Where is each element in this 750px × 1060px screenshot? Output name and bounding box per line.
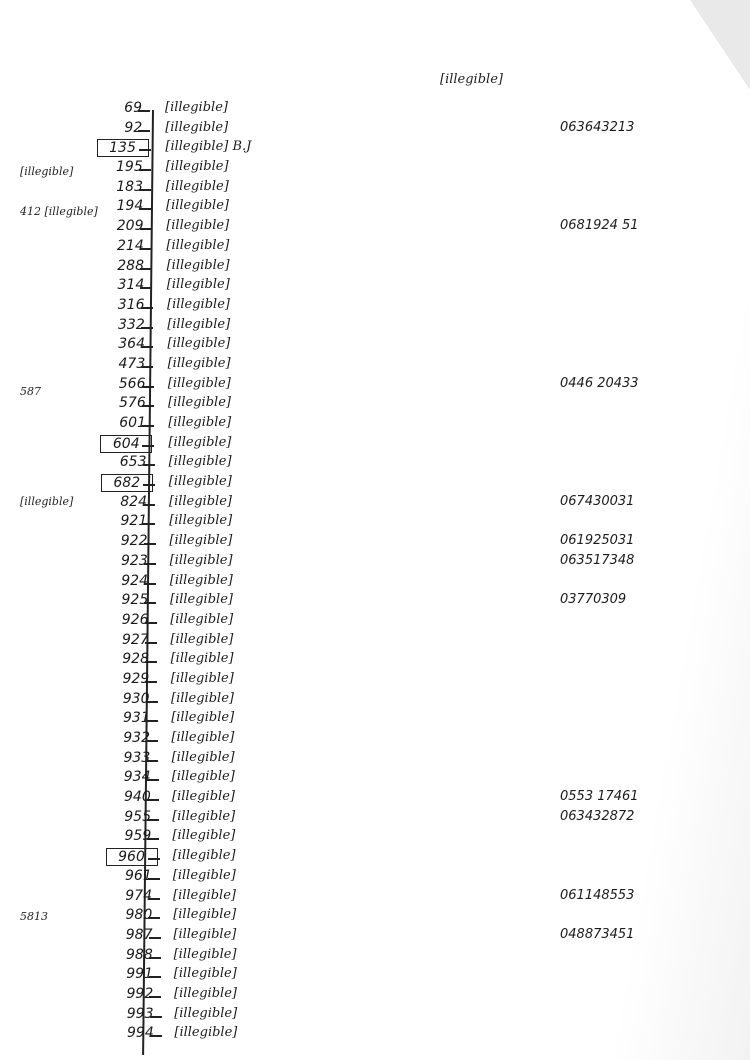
entry-dash bbox=[143, 464, 155, 466]
list-item: 314[illegible] bbox=[0, 277, 740, 297]
list-item: 288[illegible] bbox=[0, 258, 740, 278]
entry-dash bbox=[147, 819, 159, 821]
entry-text: [illegible] bbox=[166, 159, 229, 174]
entry-text: [illegible] bbox=[173, 907, 236, 922]
entry-text: [illegible] bbox=[172, 809, 235, 824]
entry-text: [illegible] bbox=[174, 947, 237, 962]
entry-text: [illegible] bbox=[166, 218, 229, 233]
entry-number: 959 bbox=[105, 828, 151, 844]
entry-dash bbox=[149, 937, 161, 939]
entry-number: 988 bbox=[107, 947, 153, 963]
entry-phone: 061148553 bbox=[560, 888, 634, 903]
entry-number: 940 bbox=[105, 789, 151, 805]
entry-dash bbox=[144, 602, 156, 604]
entry-dash bbox=[147, 799, 159, 801]
list-item: 566[illegible]0446 20433 bbox=[0, 376, 740, 396]
list-item: 994[illegible] bbox=[0, 1025, 740, 1045]
list-item: 69[illegible] bbox=[0, 100, 740, 120]
entry-number: 974 bbox=[106, 888, 152, 904]
entry-number: 135 bbox=[97, 139, 149, 157]
scanned-page: [illegible] 69[illegible]92[illegible]06… bbox=[0, 0, 750, 1060]
list-item: 135[illegible] B.J bbox=[0, 139, 740, 159]
entry-text: [illegible] bbox=[173, 888, 236, 903]
entry-text: [illegible] bbox=[169, 474, 232, 489]
list-item: 195[illegible] bbox=[0, 159, 740, 179]
entry-text: [illegible] bbox=[167, 297, 230, 312]
entry-text: [illegible] bbox=[171, 710, 234, 725]
entry-number: 566 bbox=[100, 376, 146, 392]
entry-text: [illegible] bbox=[173, 868, 236, 883]
entry-dash bbox=[141, 307, 153, 309]
list-item: 929[illegible] bbox=[0, 671, 740, 691]
entry-dash bbox=[144, 583, 156, 585]
entry-dash bbox=[147, 838, 159, 840]
entry-number: 992 bbox=[107, 986, 153, 1002]
entry-number: 933 bbox=[104, 750, 150, 766]
entry-text: [illegible] bbox=[173, 848, 236, 863]
entry-number: 604 bbox=[100, 435, 152, 453]
entry-number: 473 bbox=[99, 356, 145, 372]
entry-dash bbox=[149, 976, 161, 978]
entry-phone: 067430031 bbox=[560, 494, 634, 509]
entry-number: 924 bbox=[102, 573, 148, 589]
list-item: 987[illegible]048873451 bbox=[0, 927, 740, 947]
entry-number: 928 bbox=[103, 651, 149, 667]
entry-dash bbox=[150, 1035, 162, 1037]
list-item: 928[illegible] bbox=[0, 651, 740, 671]
entry-number: 932 bbox=[104, 730, 150, 746]
entry-number: 824 bbox=[101, 494, 147, 510]
list-item: 974[illegible]061148553 bbox=[0, 888, 740, 908]
entry-dash bbox=[140, 248, 152, 250]
entry-text: [illegible] bbox=[171, 691, 234, 706]
entry-dash bbox=[142, 386, 154, 388]
entry-text: [illegible] bbox=[165, 120, 228, 135]
entry-number: 987 bbox=[107, 927, 153, 943]
entry-phone: 0553 17461 bbox=[560, 789, 639, 804]
list-item: 922[illegible]061925031 bbox=[0, 533, 740, 553]
entry-text: [illegible] bbox=[170, 592, 233, 607]
entry-text: [illegible] bbox=[170, 573, 233, 588]
list-item: 992[illegible] bbox=[0, 986, 740, 1006]
entry-text: [illegible] bbox=[166, 198, 229, 213]
entry-text: [illegible] bbox=[174, 966, 237, 981]
entry-number: 653 bbox=[101, 454, 147, 470]
entry-number: 195 bbox=[97, 159, 143, 175]
entry-number: 364 bbox=[99, 336, 145, 352]
entry-phone: 048873451 bbox=[560, 927, 634, 942]
side-note: 587 bbox=[20, 385, 41, 398]
entry-text: [illegible] bbox=[172, 769, 235, 784]
entry-number: 209 bbox=[98, 218, 144, 234]
entry-text: [illegible] bbox=[167, 336, 230, 351]
entry-text: [illegible] bbox=[170, 553, 233, 568]
entry-dash bbox=[148, 858, 160, 860]
entry-dash bbox=[146, 760, 158, 762]
entry-number: 183 bbox=[97, 179, 143, 195]
entry-dash bbox=[145, 642, 157, 644]
list-item: 604[illegible] bbox=[0, 435, 740, 455]
list-item: 931[illegible] bbox=[0, 710, 740, 730]
list-item: 92[illegible]063643213 bbox=[0, 120, 740, 140]
entry-text: [illegible] bbox=[169, 494, 232, 509]
entry-number: 929 bbox=[103, 671, 149, 687]
entry-number: 925 bbox=[102, 592, 148, 608]
entry-number: 934 bbox=[105, 769, 151, 785]
entry-dash bbox=[140, 287, 152, 289]
list-item: 924[illegible] bbox=[0, 573, 740, 593]
entry-dash bbox=[142, 445, 154, 447]
list-item: 961[illegible] bbox=[0, 868, 740, 888]
entry-dash bbox=[139, 208, 151, 210]
entry-dash bbox=[145, 681, 157, 683]
entry-dash bbox=[140, 268, 152, 270]
entry-phone: 0446 20433 bbox=[560, 376, 639, 391]
entry-dash bbox=[149, 957, 161, 959]
entry-number: 991 bbox=[107, 966, 153, 982]
entry-dash bbox=[146, 701, 158, 703]
entry-text: [illegible] bbox=[168, 376, 231, 391]
entry-phone: 03770309 bbox=[560, 592, 626, 607]
entry-dash bbox=[149, 996, 161, 998]
entry-text: [illegible] bbox=[167, 277, 230, 292]
entry-text: [illegible] bbox=[172, 828, 235, 843]
list-item: 923[illegible]063517348 bbox=[0, 553, 740, 573]
entry-dash bbox=[145, 622, 157, 624]
entry-text: [illegible] bbox=[165, 100, 228, 115]
entry-number: 993 bbox=[108, 1006, 154, 1022]
entry-number: 314 bbox=[98, 277, 144, 293]
entry-dash bbox=[146, 720, 158, 722]
entry-number: 288 bbox=[98, 258, 144, 274]
entry-phone: 061925031 bbox=[560, 533, 634, 548]
list-item: 934[illegible] bbox=[0, 769, 740, 789]
entry-number: 931 bbox=[104, 710, 150, 726]
entry-text: [illegible] bbox=[167, 317, 230, 332]
list-item: 932[illegible] bbox=[0, 730, 740, 750]
list-item: 926[illegible] bbox=[0, 612, 740, 632]
entry-text: [illegible] bbox=[169, 454, 232, 469]
entry-dash bbox=[143, 484, 155, 486]
entry-number: 927 bbox=[103, 632, 149, 648]
list-item: 332[illegible] bbox=[0, 317, 740, 337]
list-item: 955[illegible]063432872 bbox=[0, 809, 740, 829]
entry-dash bbox=[144, 563, 156, 565]
entry-text: [illegible] bbox=[166, 238, 229, 253]
entry-text: [illegible] B.J bbox=[165, 139, 251, 154]
entry-number: 922 bbox=[102, 533, 148, 549]
side-note: 5813 bbox=[20, 910, 48, 923]
entry-dash bbox=[143, 504, 155, 506]
list-item: 194[illegible] bbox=[0, 198, 740, 218]
entry-number: 961 bbox=[106, 868, 152, 884]
entry-text: [illegible] bbox=[174, 986, 237, 1001]
entry-dash bbox=[139, 149, 151, 151]
entry-dash bbox=[145, 661, 157, 663]
entry-text: [illegible] bbox=[173, 927, 236, 942]
list-item: 960[illegible] bbox=[0, 848, 740, 868]
entry-phone: 0681924 51 bbox=[560, 218, 639, 233]
entry-number: 214 bbox=[98, 238, 144, 254]
list-item: 927[illegible] bbox=[0, 632, 740, 652]
list-item: 576[illegible] bbox=[0, 395, 740, 415]
entry-number: 601 bbox=[100, 415, 146, 431]
entry-dash bbox=[139, 189, 151, 191]
entry-text: [illegible] bbox=[171, 730, 234, 745]
list-item: 930[illegible] bbox=[0, 691, 740, 711]
entry-number: 960 bbox=[106, 848, 158, 866]
entry-number: 921 bbox=[101, 513, 147, 529]
entry-text: [illegible] bbox=[169, 513, 232, 528]
list-item: 925[illegible]03770309 bbox=[0, 592, 740, 612]
list-item: 980[illegible] bbox=[0, 907, 740, 927]
entry-text: [illegible] bbox=[174, 1025, 237, 1040]
entry-number: 926 bbox=[103, 612, 149, 628]
entry-text: [illegible] bbox=[166, 179, 229, 194]
entry-dash bbox=[142, 425, 154, 427]
entry-text: [illegible] bbox=[170, 632, 233, 647]
side-note: [illegible] bbox=[20, 495, 73, 508]
page-fold-shadow bbox=[690, 0, 750, 90]
list-item: 214[illegible] bbox=[0, 238, 740, 258]
entry-number: 955 bbox=[105, 809, 151, 825]
entry-number: 194 bbox=[97, 198, 143, 214]
entry-text: [illegible] bbox=[172, 750, 235, 765]
entry-dash bbox=[140, 228, 152, 230]
list-item: 653[illegible] bbox=[0, 454, 740, 474]
list-item: 940[illegible]0553 17461 bbox=[0, 789, 740, 809]
list-item: 988[illegible] bbox=[0, 947, 740, 967]
entry-dash bbox=[141, 366, 153, 368]
list-item: 316[illegible] bbox=[0, 297, 740, 317]
entry-dash bbox=[148, 917, 160, 919]
list-item: 183[illegible] bbox=[0, 179, 740, 199]
list-item: 959[illegible] bbox=[0, 828, 740, 848]
entry-phone: 063517348 bbox=[560, 553, 634, 568]
entry-dash bbox=[148, 898, 160, 900]
entry-number: 576 bbox=[100, 395, 146, 411]
entry-text: [illegible] bbox=[168, 356, 231, 371]
entry-number: 92 bbox=[96, 120, 142, 136]
entry-number: 994 bbox=[108, 1025, 154, 1041]
list-item: 991[illegible] bbox=[0, 966, 740, 986]
entry-text: [illegible] bbox=[168, 395, 231, 410]
entry-phone: 063432872 bbox=[560, 809, 634, 824]
header-note: [illegible] bbox=[440, 72, 503, 87]
entry-dash bbox=[148, 878, 160, 880]
entry-dash bbox=[139, 169, 151, 171]
entry-number: 69 bbox=[96, 100, 142, 116]
entry-dash bbox=[144, 543, 156, 545]
list-item: 824[illegible]067430031 bbox=[0, 494, 740, 514]
list-item: 473[illegible] bbox=[0, 356, 740, 376]
entry-text: [illegible] bbox=[174, 1006, 237, 1021]
entry-dash bbox=[138, 110, 150, 112]
entry-number: 930 bbox=[104, 691, 150, 707]
entry-text: [illegible] bbox=[168, 435, 231, 450]
entry-dash bbox=[138, 130, 150, 132]
entry-number: 332 bbox=[99, 317, 145, 333]
entry-text: [illegible] bbox=[167, 258, 230, 273]
entry-number: 682 bbox=[101, 474, 153, 492]
list-item: 933[illegible] bbox=[0, 750, 740, 770]
entry-dash bbox=[141, 346, 153, 348]
list-item: 993[illegible] bbox=[0, 1006, 740, 1026]
entry-dash bbox=[142, 405, 154, 407]
list-item: 921[illegible] bbox=[0, 513, 740, 533]
entry-text: [illegible] bbox=[172, 789, 235, 804]
entry-text: [illegible] bbox=[171, 651, 234, 666]
entry-text: [illegible] bbox=[170, 612, 233, 627]
list-item: 209[illegible]0681924 51 bbox=[0, 218, 740, 238]
entry-dash bbox=[143, 523, 155, 525]
entry-dash bbox=[150, 1016, 162, 1018]
entry-text: [illegible] bbox=[168, 415, 231, 430]
list-item: 682[illegible] bbox=[0, 474, 740, 494]
entry-number: 980 bbox=[106, 907, 152, 923]
list-item: 601[illegible] bbox=[0, 415, 740, 435]
entry-text: [illegible] bbox=[169, 533, 232, 548]
entry-dash bbox=[141, 327, 153, 329]
entry-number: 316 bbox=[99, 297, 145, 313]
entry-dash bbox=[147, 779, 159, 781]
entry-phone: 063643213 bbox=[560, 120, 634, 135]
entry-text: [illegible] bbox=[171, 671, 234, 686]
list-item: 364[illegible] bbox=[0, 336, 740, 356]
side-note: [illegible] bbox=[20, 165, 73, 178]
side-note: 412 [illegible] bbox=[20, 205, 98, 218]
entry-number: 923 bbox=[102, 553, 148, 569]
entry-dash bbox=[146, 740, 158, 742]
